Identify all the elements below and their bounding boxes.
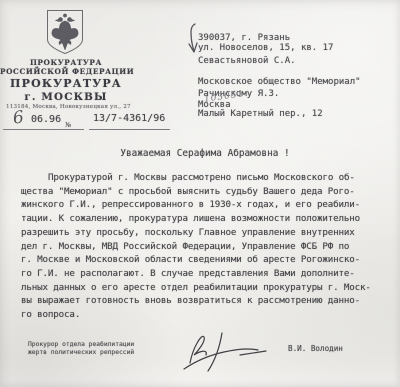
body-line: тации. К сожалению, прокуратура лишена в… [21,212,387,226]
letterhead-address: 113184, Москва, Новокузнецкая ул., 27 [6,104,131,110]
signature-autograph [178,325,274,375]
body-line: го Г.И. не располагают. В случае предста… [21,267,387,281]
recipient-line: Севастьяновой С.А. [198,56,296,66]
recipient-org-line: Московское общество "Мемориал" [198,77,361,87]
letterhead-dept-line1: ПРОКУРАТУРА [0,77,132,90]
signature-name: В.И. Володин [288,344,343,353]
date-underline [3,129,84,130]
body-line: щества "Мемориал" с просьбой выяснить су… [21,185,387,199]
letterhead-org-line2: РОССИЙСКОЙ ФЕДЕРАЦИИ [0,67,132,76]
ref-number: 13/7-4361/96 [93,113,165,124]
body-line: вы выражает готовность вновь возвратитьс… [21,294,387,308]
recipient-org-line: Малый Каретный пер., 12 [198,109,323,119]
salutation: Уважаемая Серафима Абрамовна ! [55,148,355,159]
body-line: жинского Г.И., репрессированного в 1930-… [21,198,387,212]
letterhead-dept-line2: г. МОСКВЫ [0,91,132,103]
handwritten-day: 6 [12,107,25,128]
body-line: льных данных о его аресте отдел реабилит… [21,281,387,295]
letterhead-org-line1: ПРОКУРАТУРА [0,58,132,67]
ref-underline [89,129,170,130]
recipient-line: ул. Новоселов, 15, кв. 17 [198,43,333,53]
coat-of-arms-icon [45,9,85,56]
body-line: г. Москве и Московской области сведениям… [21,253,387,267]
body-line: Прокуратурой г. Москвы рассмотрено письм… [21,171,387,185]
recipient-line: 390037, г. Рязань [198,33,290,43]
date-typed: 06.96 [31,114,61,125]
number-sign: № [65,121,71,129]
body-paragraph: Прокуратурой г. Москвы рассмотрено письм… [21,171,387,322]
signature-title-line2: жертв политических репрессий [28,349,134,356]
signature-title-line1: Прокурор отдела реабилитации [28,341,134,348]
body-line: разрешить эту просьбу, поскольку Главное… [21,226,387,240]
letter-scan: ПРОКУРАТУРА РОССИЙСКОЙ ФЕДЕРАЦИИ ПРОКУРА… [0,0,400,387]
body-line: дел г. Москвы, МВД Российской Федерации,… [21,240,387,254]
body-line: го вопроса. [21,308,387,322]
